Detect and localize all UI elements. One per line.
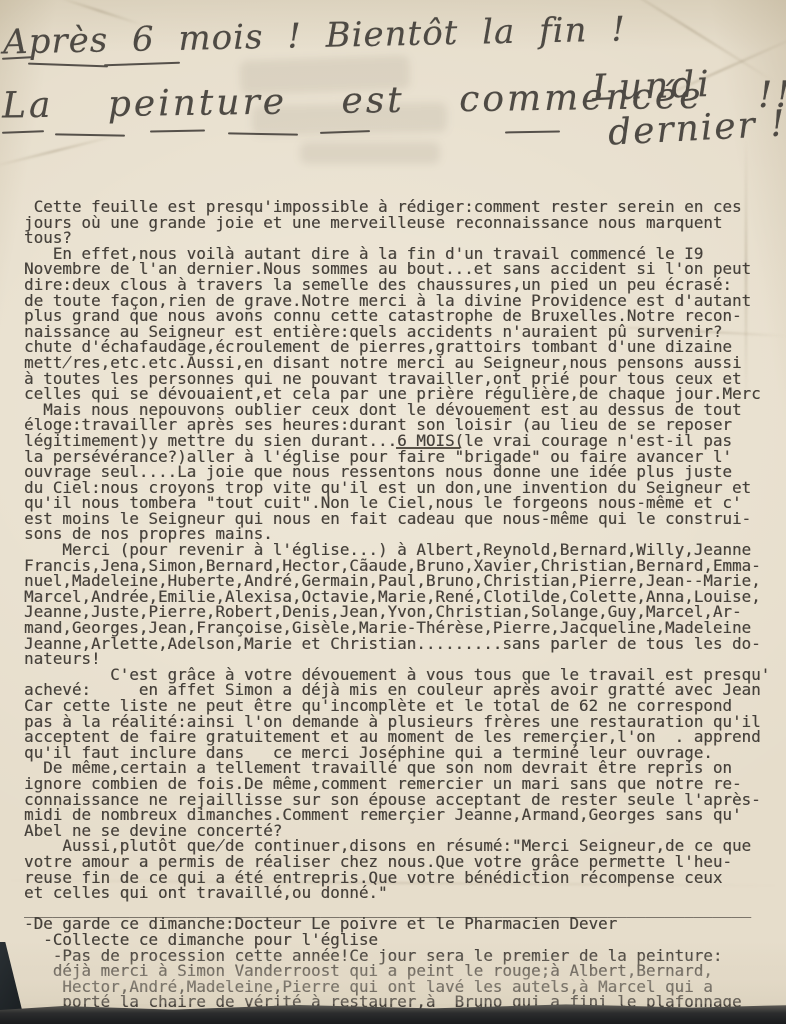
typed-letter-body: Cette feuille est presqu'impossible à ré… bbox=[24, 199, 770, 1010]
underline-stroke bbox=[228, 132, 298, 135]
scanned-letter-photo: Après 6 mois ! Bientôt la fin ! La peint… bbox=[0, 0, 786, 1024]
underline-stroke bbox=[55, 133, 125, 136]
handwritten-note-dernier: dernier ! bbox=[607, 103, 786, 153]
underline-stroke bbox=[505, 131, 560, 134]
underline-stroke bbox=[320, 130, 370, 134]
handwritten-note-lundi: Lundi bbox=[591, 64, 712, 109]
underline-stroke bbox=[150, 130, 205, 133]
handwritten-note-line1: Après 6 mois ! Bientôt la fin ! bbox=[3, 9, 627, 62]
paper-crease bbox=[0, 134, 118, 167]
underline-stroke bbox=[104, 62, 180, 67]
underline-stroke bbox=[2, 130, 44, 133]
ink-showthrough bbox=[300, 142, 440, 164]
underline-stroke bbox=[28, 63, 108, 68]
six-mois-underline bbox=[396, 447, 460, 449]
